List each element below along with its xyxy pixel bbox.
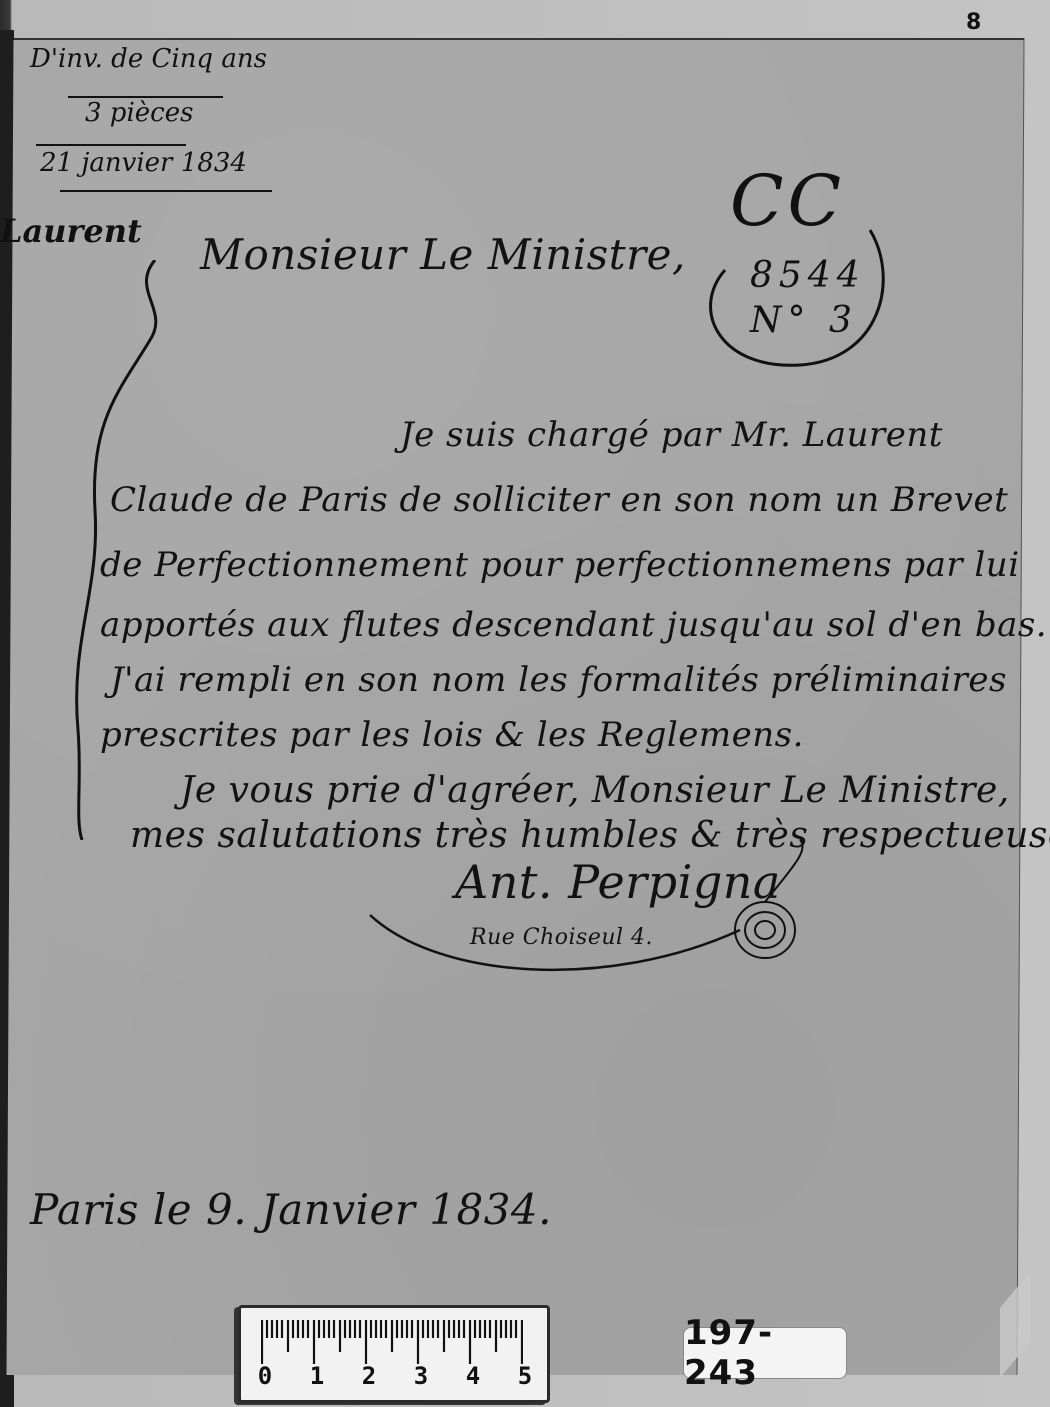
page-number: 8: [966, 10, 981, 35]
archive-reference-label: 197-243: [683, 1327, 847, 1379]
archive-note-line-3: 21 janvier 1834: [40, 148, 247, 178]
ruler-label: 5: [515, 1362, 535, 1390]
cote-letters: CC: [730, 160, 845, 242]
sender-address: Rue Choiseul 4.: [470, 925, 653, 950]
ruler-ticks-icon: [261, 1320, 523, 1364]
archive-note-line-1: D'inv. de Cinq ans: [30, 44, 267, 74]
ruler-label: 4: [463, 1362, 483, 1390]
salutation: Monsieur Le Ministre,: [200, 230, 686, 279]
ruler-label: 3: [411, 1362, 431, 1390]
body-line: apportés aux flutes descendant jusqu'au …: [100, 605, 1047, 645]
archive-note-line-2: 3 pièces: [85, 98, 193, 128]
body-line: Je suis chargé par Mr. Laurent: [400, 415, 943, 455]
ruler-labels: 0 1 2 3 4 5: [255, 1362, 535, 1390]
cote-number: 8544: [750, 255, 866, 296]
ruler-label: 2: [359, 1362, 379, 1390]
closing-line: Je vous prie d'agréer, Monsieur Le Minis…: [180, 770, 1010, 811]
scale-ruler: 0 1 2 3 4 5: [238, 1305, 550, 1403]
body-line: Claude de Paris de solliciter en son nom…: [110, 480, 1008, 520]
ruler-label: 1: [307, 1362, 327, 1390]
archive-rule: [60, 190, 272, 192]
archive-rule: [36, 144, 186, 146]
body-line: de Perfectionnement pour perfectionnemen…: [100, 545, 1020, 585]
cote-mark: CC 8544 N° 3: [690, 160, 900, 390]
margin-name: Laurent: [0, 212, 142, 250]
signature: Ant. Perpigna: [455, 855, 781, 909]
body-line: J'ai rempli en son nom les formalités pr…: [110, 660, 1007, 700]
dateline: Paris le 9. Janvier 1834.: [30, 1185, 552, 1234]
cote-item-number: N° 3: [750, 300, 858, 341]
ruler-label: 0: [255, 1362, 275, 1390]
body-line: prescrites par les lois & les Reglemens.: [100, 715, 804, 755]
